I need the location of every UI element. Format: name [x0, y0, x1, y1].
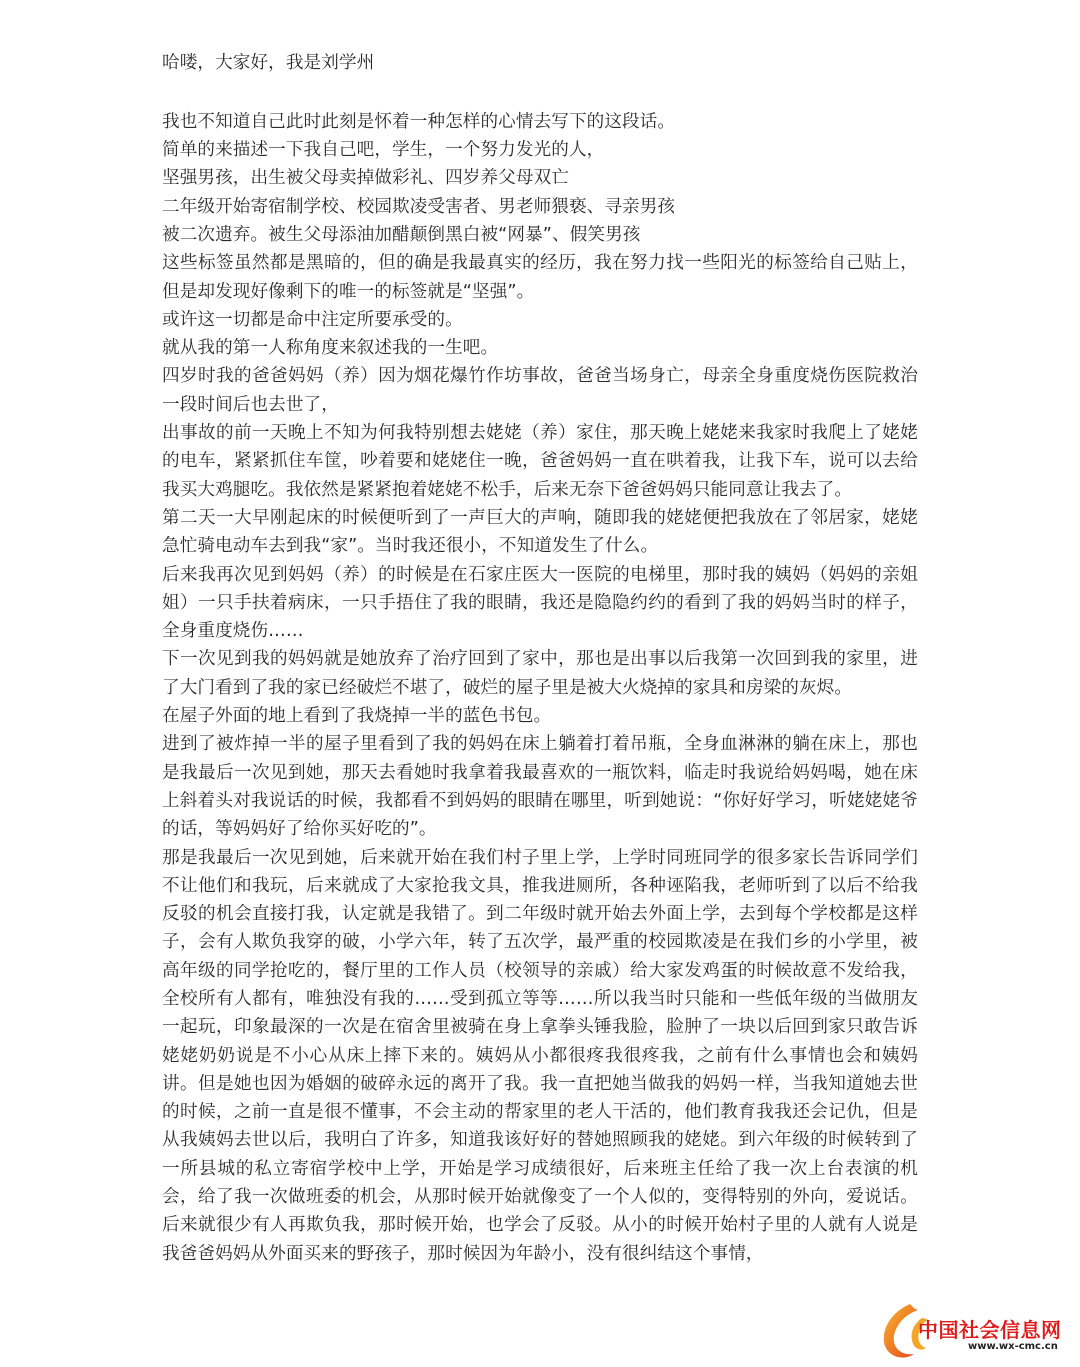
paragraph: 我也不知道自己此时此刻是怀着一种怎样的心情去写下的这段话。	[162, 108, 918, 136]
paragraph: 这些标签虽然都是黑暗的，但的确是我最真实的经历，我在努力找一些阳光的标签给自己贴…	[162, 249, 918, 306]
paragraph: 出事故的前一天晚上不知为何我特别想去姥姥（养）家住，那天晚上姥姥来我家时我爬上了…	[162, 419, 918, 504]
paragraph: 被二次遗弃。被生父母添油加醋颠倒黑白被“网暴”、假笑男孩	[162, 221, 918, 249]
paragraph: 就从我的第一人称角度来叙述我的一生吧。	[162, 334, 918, 362]
article-body: 哈喽，大家好，我是刘学州 我也不知道自己此时此刻是怀着一种怎样的心情去写下的这段…	[162, 49, 918, 1268]
paragraph: 进到了被炸掉一半的屋子里看到了我的妈妈在床上躺着打着吊瓶，全身血淋淋的躺在床上，…	[162, 730, 918, 843]
paragraph: 后来我再次见到妈妈（养）的时候是在石家庄医大一医院的电梯里，那时我的姨妈（妈妈的…	[162, 561, 918, 646]
paragraph: 那是我最后一次见到她，后来就开始在我们村子里上学，上学时同班同学的很多家长告诉同…	[162, 844, 918, 1268]
paragraph: 下一次见到我的妈妈就是她放弃了治疗回到了家中，那也是出事以后我第一次回到我的家里…	[162, 645, 918, 702]
paragraph: 在屋子外面的地上看到了我烧掉一半的蓝色书包。	[162, 702, 918, 730]
site-watermark: 中国社会信息网 www.wx-cmc.cn	[872, 1300, 1077, 1360]
paragraph: 简单的来描述一下我自己吧，学生，一个努力发光的人，	[162, 136, 918, 164]
paragraph: 第二天一大早刚起床的时候便听到了一声巨大的声响，随即我的姥姥便把我放在了邻居家，…	[162, 504, 918, 561]
paragraph: 坚强男孩，出生被父母卖掉做彩礼、四岁养父母双亡	[162, 164, 918, 192]
paragraph: 或许这一切都是命中注定所要承受的。	[162, 306, 918, 334]
watermark-site-name: 中国社会信息网	[918, 1314, 1062, 1343]
paragraph: 二年级开始寄宿制学校、校园欺凌受害者、男老师猥亵、寻亲男孩	[162, 193, 918, 221]
article-greeting: 哈喽，大家好，我是刘学州	[162, 49, 918, 77]
paragraph: 四岁时我的爸爸妈妈（养）因为烟花爆竹作坊事故，爸爸当场身亡，母亲全身重度烧伤医院…	[162, 362, 918, 419]
watermark-site-url: www.wx-cmc.cn	[968, 1341, 1058, 1352]
